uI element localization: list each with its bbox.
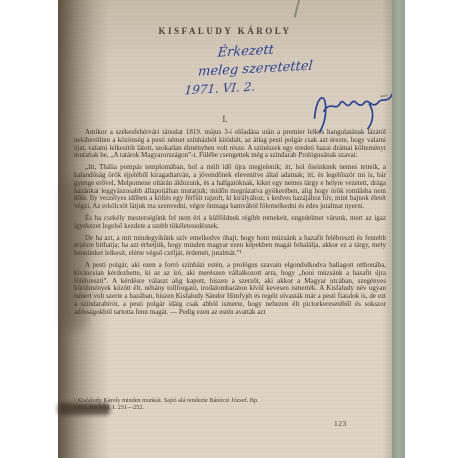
- paragraph-4: De ha azt, a mit mindegyikünk szív emelk…: [74, 235, 386, 258]
- ink-smudge: [58, 403, 110, 415]
- pencil-mark: [294, 0, 300, 18]
- footnote-line-1: ¹ Kisfaludy Károly minden munkái. Sajtó …: [74, 397, 386, 404]
- section-heading: I.: [58, 114, 392, 124]
- body-text: Amikor a székesfehérvári társulat 1819. …: [74, 129, 386, 321]
- book-fore-edge: [392, 0, 405, 458]
- paragraph-2: „Itt, Thália pompás templomában, hol a m…: [74, 164, 386, 211]
- running-head: KISFALUDY KÁROLY: [58, 26, 392, 36]
- scanned-book-page: KISFALUDY KÁROLY Érkezett meleg szeretet…: [0, 0, 458, 458]
- footnote-line-2: 1893. KKMM. I. 251—252.: [74, 404, 386, 411]
- footnote: ¹ Kisfaludy Károly minden munkái. Sajtó …: [74, 397, 386, 411]
- book-page: KISFALUDY KÁROLY Érkezett meleg szeretet…: [58, 0, 392, 458]
- paragraph-3: És ha csekély mesterségünk fel nem éri a…: [74, 215, 386, 231]
- paragraph-5: A pesti polgár, aki ezen a forró színház…: [74, 262, 386, 317]
- page-number: 123: [334, 419, 347, 428]
- paragraph-1: Amikor a székesfehérvári társulat 1819. …: [74, 129, 386, 160]
